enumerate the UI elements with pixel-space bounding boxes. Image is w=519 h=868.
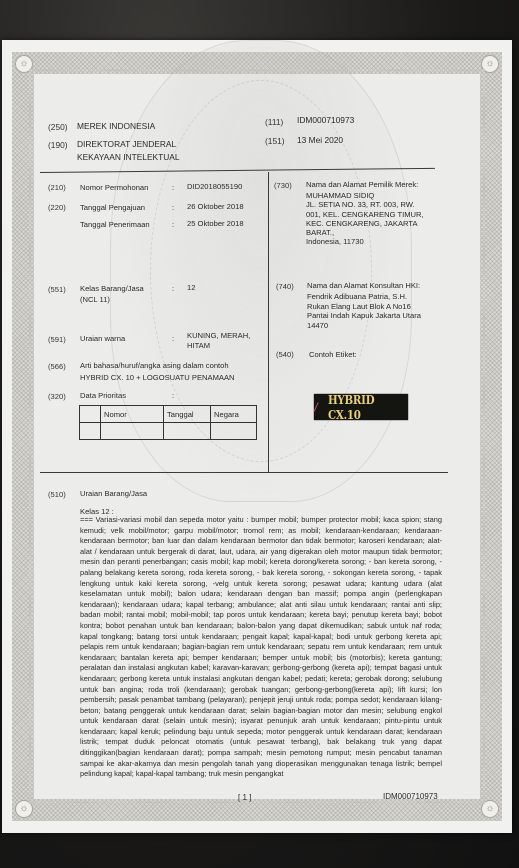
table-row (80, 423, 257, 440)
header-divider (40, 168, 435, 173)
table-header: Tanggal (164, 406, 211, 423)
field-code: (250) (48, 122, 68, 132)
field-code: (551) (48, 285, 66, 294)
consultant-label: Nama dan Alamat Konsultan HKI: (307, 281, 420, 290)
field-code: (210) (48, 183, 66, 192)
receipt-date: 25 Oktober 2018 (187, 219, 244, 228)
table-cell (211, 423, 257, 440)
field-code: (510) (48, 490, 66, 499)
consultant-address-line: 14470 (307, 321, 421, 331)
color-value-line: KUNING, MERAH, (187, 331, 250, 341)
meaning-value: HYBRID CX. 10 + LOGOSUATU PENAMAAN (80, 373, 235, 382)
application-number: DID2018055190 (187, 182, 242, 191)
footer-doc-id: IDM000710973 (383, 792, 438, 801)
color-value-line: HITAM (187, 341, 250, 351)
table-cell (101, 423, 164, 440)
table-header-row: Nomor Tanggal Negara (80, 406, 257, 423)
class-value: 12 (187, 283, 195, 292)
page-number: [ 1 ] (238, 793, 251, 802)
field-code: (190) (48, 140, 68, 150)
section-divider (40, 472, 448, 473)
owner-address-line: KEC. CENGKARENG, JAKARTA (306, 219, 424, 228)
column-divider (268, 172, 269, 472)
separator: : (172, 284, 174, 293)
owner-address-line: Indonesia, 11730 (306, 237, 424, 246)
goods-text: === Variasi-variasi mobil dan sepeda mot… (80, 515, 442, 780)
table-cell (80, 423, 101, 440)
table-cell (164, 423, 211, 440)
class-sublabel: (NCL 11) (80, 295, 110, 304)
field-code: (540) (276, 350, 294, 359)
field-code: (566) (48, 362, 66, 371)
class-label: Kelas Barang/Jasa (80, 284, 144, 293)
field-code: (320) (48, 392, 66, 401)
separator: : (172, 220, 174, 229)
separator: : (172, 183, 174, 192)
registration-number: IDM000710973 (297, 115, 354, 125)
field-code: (730) (274, 181, 292, 190)
owner-address-line: JL. SETIA NO. 33, RT. 003, RW. (306, 200, 424, 209)
trademark-label-image: / HYBRID CX.10 (314, 394, 408, 420)
owner-name: MUHAMMAD SIDIQ (306, 191, 424, 200)
office-country: MEREK INDONESIA (77, 121, 155, 131)
consultant-address-line: Pantai Indah Kapuk Jakarta Utara (307, 311, 421, 321)
color-label: Uraian warna (80, 334, 125, 343)
priority-label: Data Prioritas (80, 391, 126, 400)
consultant-details: Fendrik Adibuana Patria, S.H. Rukan Elan… (307, 292, 421, 330)
owner-address-line: BARAT., (306, 228, 424, 237)
receipt-date-label: Tanggal Penerimaan (80, 220, 150, 229)
meaning-label: Arti bahasa/huruf/angka asing dalam cont… (80, 361, 229, 370)
consultant-address-line: Rukan Elang Laut Blok A No16 (307, 302, 421, 312)
lightning-bolt-icon: / (314, 400, 318, 415)
certificate-content: (250) MEREK INDONESIA (190) DIREKTORAT J… (0, 0, 519, 868)
filing-date-label: Tanggal Pengajuan (80, 203, 145, 212)
owner-address-line: 001, KEL. CENGKARENG TIMUR, (306, 210, 424, 219)
separator: : (172, 334, 174, 343)
filing-date: 26 Oktober 2018 (187, 202, 244, 211)
application-number-label: Nomor Permohonan (80, 183, 148, 192)
field-code: (220) (48, 203, 66, 212)
owner-details: MUHAMMAD SIDIQ JL. SETIA NO. 33, RT. 003… (306, 191, 424, 247)
trademark-text: HYBRID CX.10 (328, 392, 400, 422)
label-sample-label: Contoh Etiket: (309, 350, 357, 359)
field-code: (740) (276, 282, 294, 291)
field-code: (591) (48, 335, 66, 344)
color-value: KUNING, MERAH, HITAM (187, 331, 250, 350)
table-header (80, 406, 101, 423)
owner-label: Nama dan Alamat Pemilik Merek: (306, 180, 418, 189)
separator: : (172, 391, 174, 400)
field-code: (151) (265, 136, 285, 146)
separator: : (172, 203, 174, 212)
office-name-line2: KEKAYAAN INTELEKTUAL (77, 152, 180, 162)
table-header: Negara (211, 406, 257, 423)
table-header: Nomor (101, 406, 164, 423)
consultant-name: Fendrik Adibuana Patria, S.H. (307, 292, 421, 302)
office-name: DIREKTORAT JENDERAL (77, 139, 176, 149)
goods-description: === Variasi-variasi mobil dan sepeda mot… (80, 515, 442, 780)
goods-label: Uraian Barang/Jasa (80, 489, 147, 498)
priority-table: Nomor Tanggal Negara (79, 405, 257, 440)
registration-date: 13 Mei 2020 (297, 135, 343, 145)
field-code: (111) (265, 117, 283, 127)
